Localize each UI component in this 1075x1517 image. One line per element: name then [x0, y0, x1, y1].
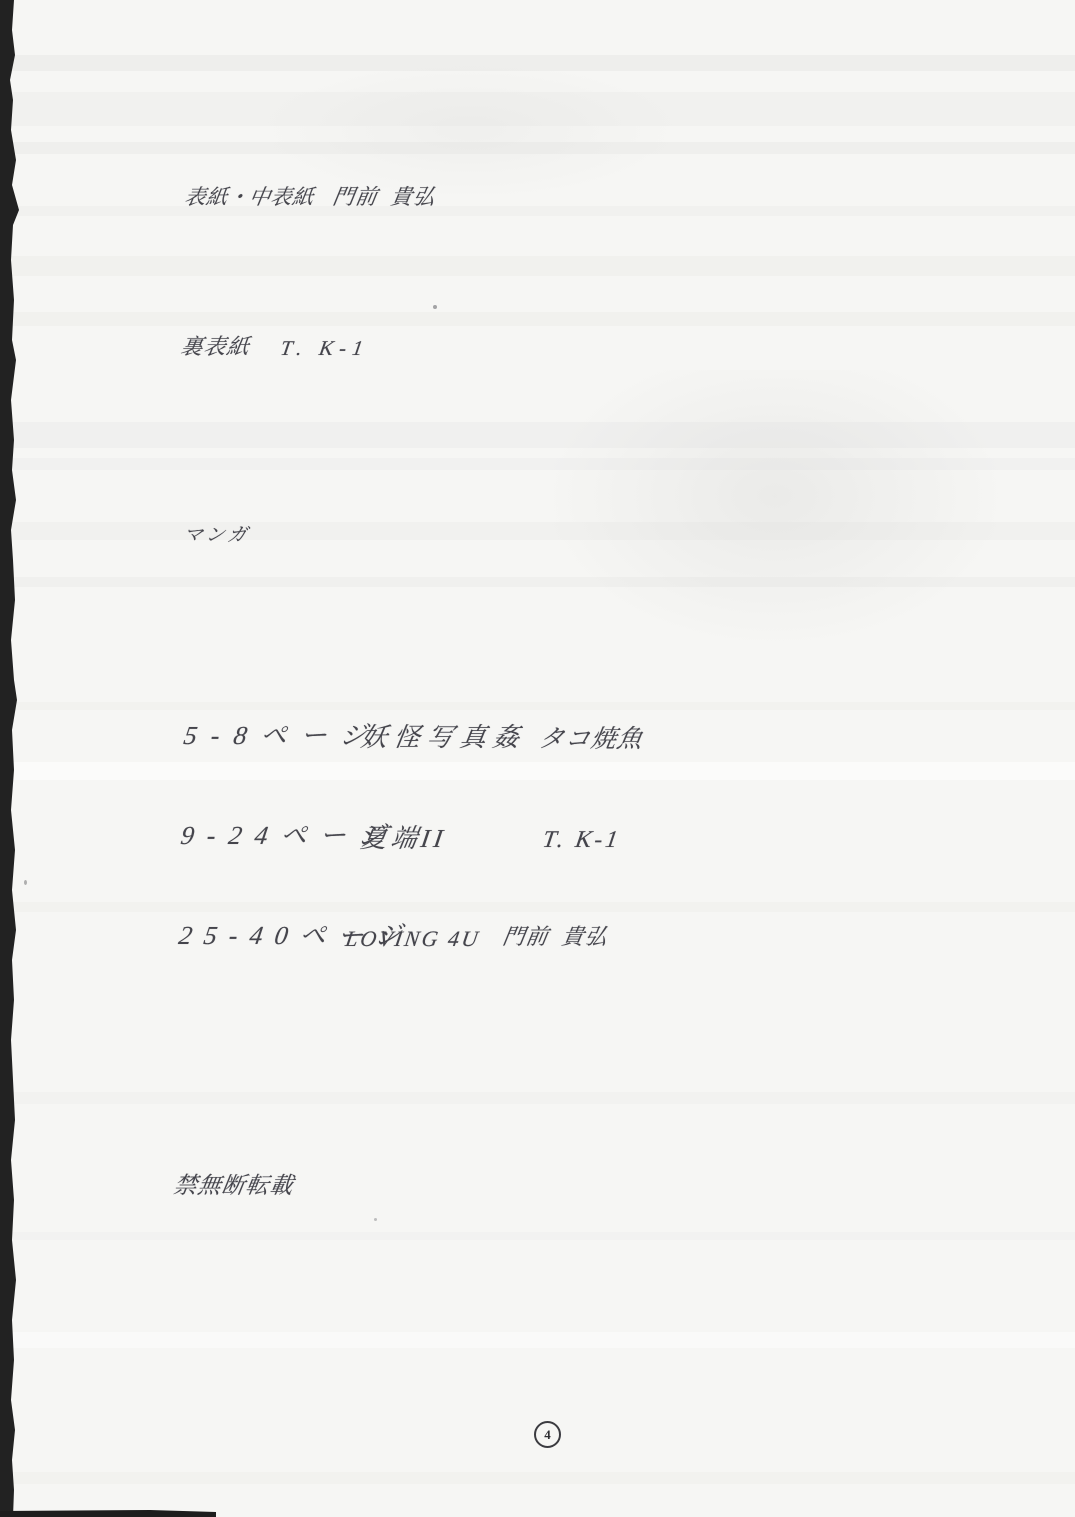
back-cover-artist: T. K-1: [279, 338, 370, 359]
section-heading-manga: マンガ: [182, 526, 251, 545]
toc-row-1-author: タコ焼魚: [537, 727, 645, 752]
cover-credit-artist: 門前 貴弘: [331, 187, 437, 209]
scan-speck: [374, 1218, 377, 1221]
cover-credit-label: 表紙・中表紙: [183, 187, 315, 208]
page-number-badge: 4: [534, 1421, 561, 1448]
scan-smudge: [260, 60, 680, 200]
toc-row-1-title: 妖怪写真姦: [359, 725, 528, 751]
copyright-notice: 禁無断転載: [172, 1174, 296, 1197]
scan-speck: [433, 305, 437, 309]
toc-row-2-author: T. K-1: [541, 828, 622, 852]
toc-row-3-author: 門前 貴弘: [501, 926, 610, 948]
scanned-page: 表紙・中表紙 門前 貴弘 裏表紙 T. K-1 マンガ 5-8ページ 妖怪写真姦…: [0, 0, 1075, 1517]
scan-smudge: [540, 370, 1010, 650]
toc-row-3-title: LOVING 4U: [344, 928, 482, 950]
torn-edge-artifact: [0, 0, 230, 1517]
toc-row-1-pages: 5-8ページ: [182, 723, 382, 749]
back-cover-label: 裏表紙: [179, 336, 252, 358]
toc-row-2-title: 夏端II: [359, 826, 448, 852]
page-number-value: 4: [544, 1427, 551, 1443]
